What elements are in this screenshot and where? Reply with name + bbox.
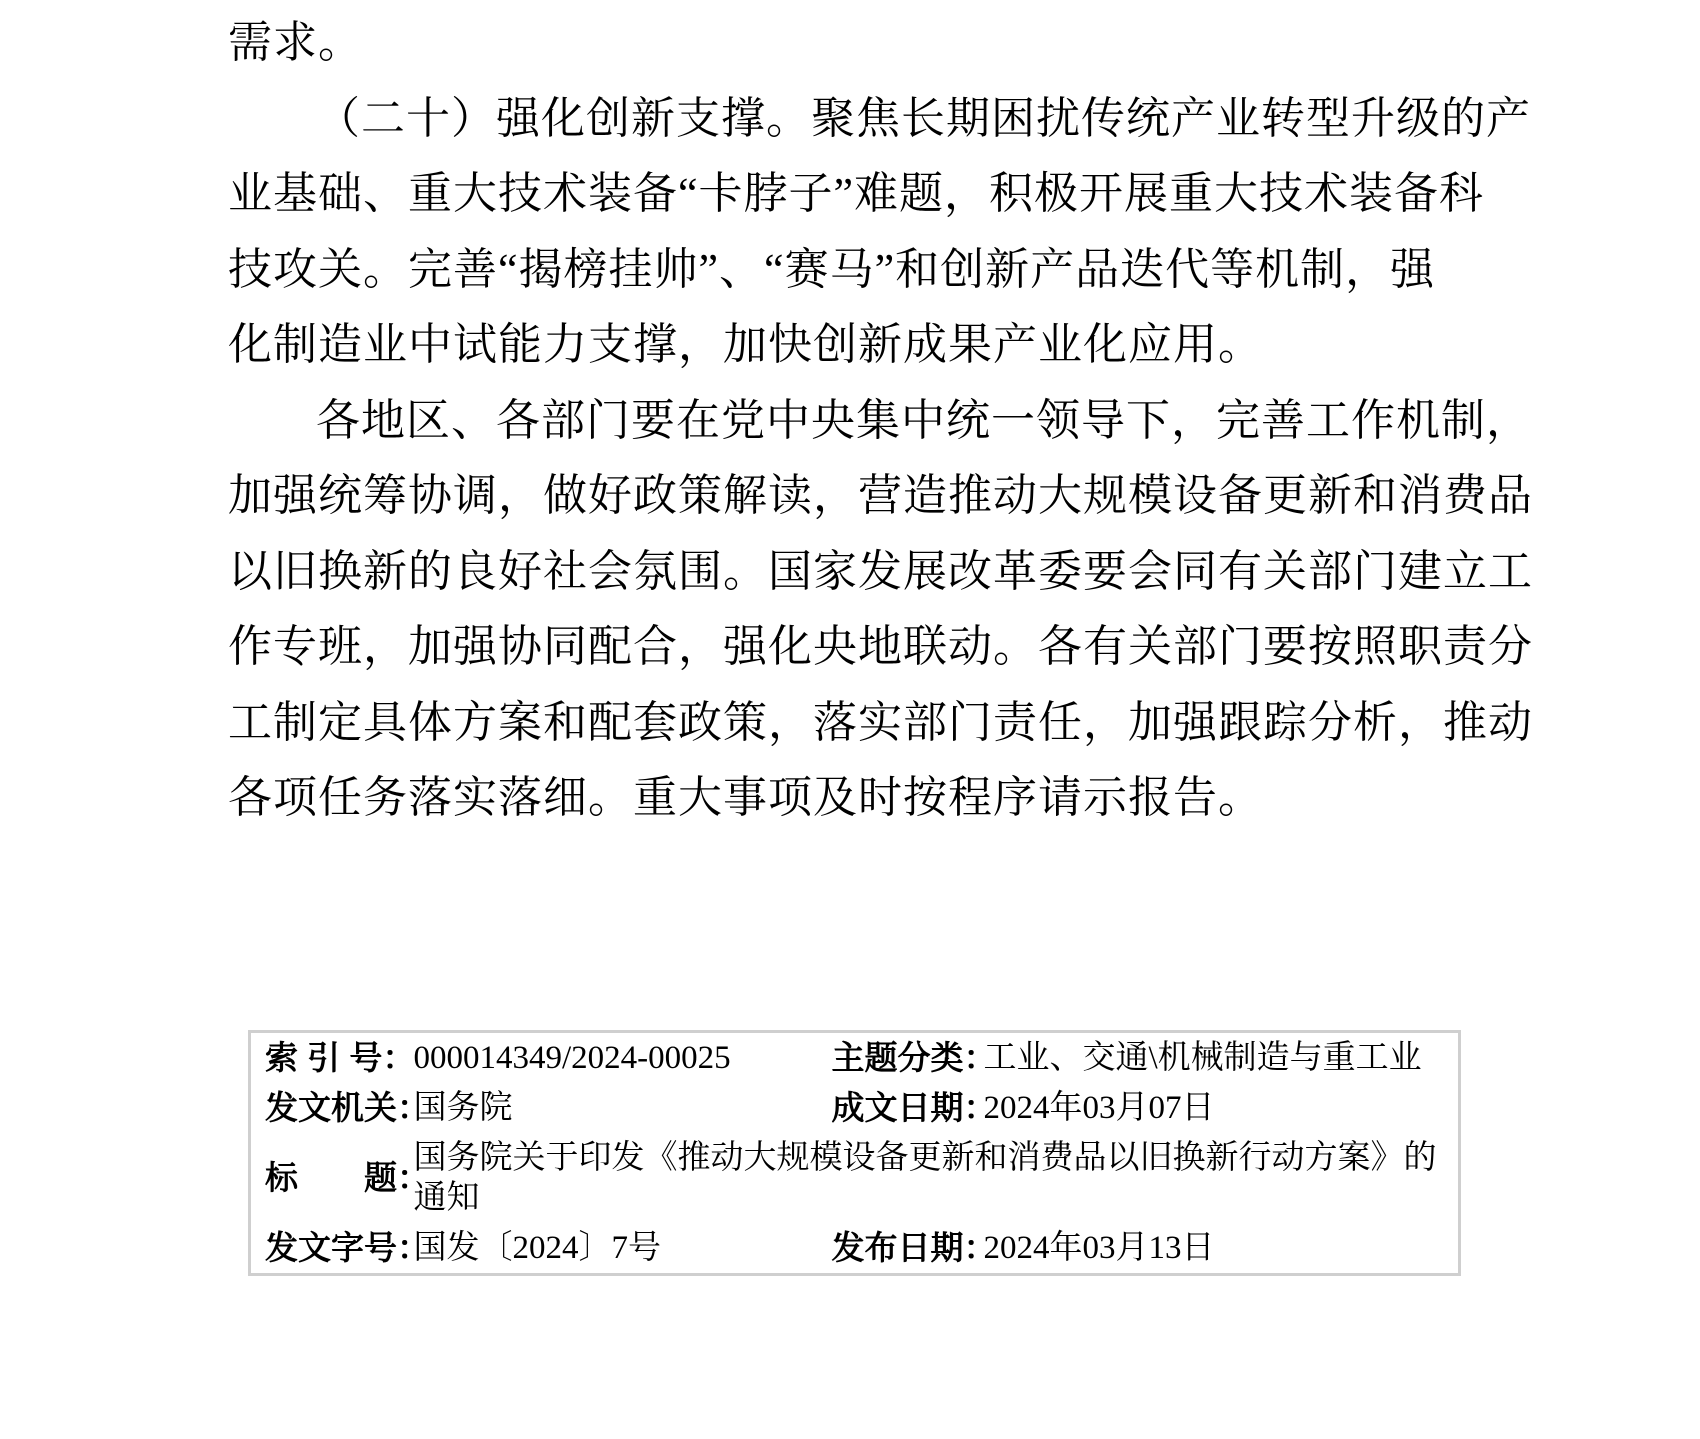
metadata-row: 发文字号：国发〔2024〕7号发布日期：2024年03月13日 bbox=[250, 1223, 1460, 1275]
field-value: 工业、交通\机械制造与重工业 bbox=[978, 1032, 1460, 1084]
field-label: 发文机关： bbox=[250, 1083, 408, 1133]
text-line: 化制造业中试能力支撑，加快创新成果产业化应用。 bbox=[228, 307, 1450, 383]
text-line: 各项任务落实落细。重大事项及时按程序请示报告。 bbox=[228, 760, 1450, 836]
field-value: 国务院关于印发《推动大规模设备更新和消费品以旧换新行动方案》的通知 bbox=[408, 1133, 1460, 1223]
text-line: 加强统筹协调，做好政策解读，营造推动大规模设备更新和消费品 bbox=[228, 458, 1450, 534]
metadata-table: 索 引 号：000014349/2024-00025主题分类：工业、交通\机械制… bbox=[248, 1030, 1461, 1276]
paragraph: （二十）强化创新支撑。聚焦长期困扰传统产业转型升级的产业基础、重大技术装备“卡脖… bbox=[228, 81, 1450, 383]
text-line: 各地区、各部门要在党中央集中统一领导下，完善工作机制， bbox=[228, 383, 1450, 459]
field-label: 发布日期： bbox=[818, 1223, 978, 1275]
field-label: 标 题： bbox=[250, 1133, 408, 1223]
text-line: 工制定具体方案和配套政策，落实部门责任，加强跟踪分析，推动 bbox=[228, 685, 1450, 761]
text-line: 技攻关。完善“揭榜挂帅”、“赛马”和创新产品迭代等机制，强 bbox=[228, 232, 1450, 308]
text-line: （二十）强化创新支撑。聚焦长期困扰传统产业转型升级的产 bbox=[228, 81, 1450, 157]
text-line: 业基础、重大技术装备“卡脖子”难题，积极开展重大技术装备科 bbox=[228, 156, 1450, 232]
paragraph: 需求。 bbox=[228, 5, 1450, 81]
metadata-row: 标 题：国务院关于印发《推动大规模设备更新和消费品以旧换新行动方案》的通知 bbox=[250, 1133, 1460, 1223]
text-line: 需求。 bbox=[228, 5, 1450, 81]
document-page: 需求。（二十）强化创新支撑。聚焦长期困扰传统产业转型升级的产业基础、重大技术装备… bbox=[0, 0, 1700, 1439]
paragraph: 各地区、各部门要在党中央集中统一领导下，完善工作机制，加强统筹协调，做好政策解读… bbox=[228, 383, 1450, 836]
field-value: 国务院 bbox=[408, 1083, 818, 1133]
field-value: 2024年03月13日 bbox=[978, 1223, 1460, 1275]
text-line: 作专班，加强协同配合，强化央地联动。各有关部门要按照职责分 bbox=[228, 609, 1450, 685]
field-value: 2024年03月07日 bbox=[978, 1083, 1460, 1133]
metadata-row: 发文机关：国务院成文日期：2024年03月07日 bbox=[250, 1083, 1460, 1133]
field-value: 000014349/2024-00025 bbox=[408, 1032, 818, 1084]
field-label: 发文字号： bbox=[250, 1223, 408, 1275]
field-label: 主题分类： bbox=[818, 1032, 978, 1084]
field-value: 国发〔2024〕7号 bbox=[408, 1223, 818, 1275]
document-content: 需求。（二十）强化创新支撑。聚焦长期困扰传统产业转型升级的产业基础、重大技术装备… bbox=[228, 5, 1450, 836]
metadata-row: 索 引 号：000014349/2024-00025主题分类：工业、交通\机械制… bbox=[250, 1032, 1460, 1084]
metadata-table-body: 索 引 号：000014349/2024-00025主题分类：工业、交通\机械制… bbox=[250, 1032, 1460, 1275]
field-label: 成文日期： bbox=[818, 1083, 978, 1133]
text-line: 以旧换新的良好社会氛围。国家发展改革委要会同有关部门建立工 bbox=[228, 534, 1450, 610]
field-label: 索 引 号： bbox=[250, 1032, 408, 1084]
